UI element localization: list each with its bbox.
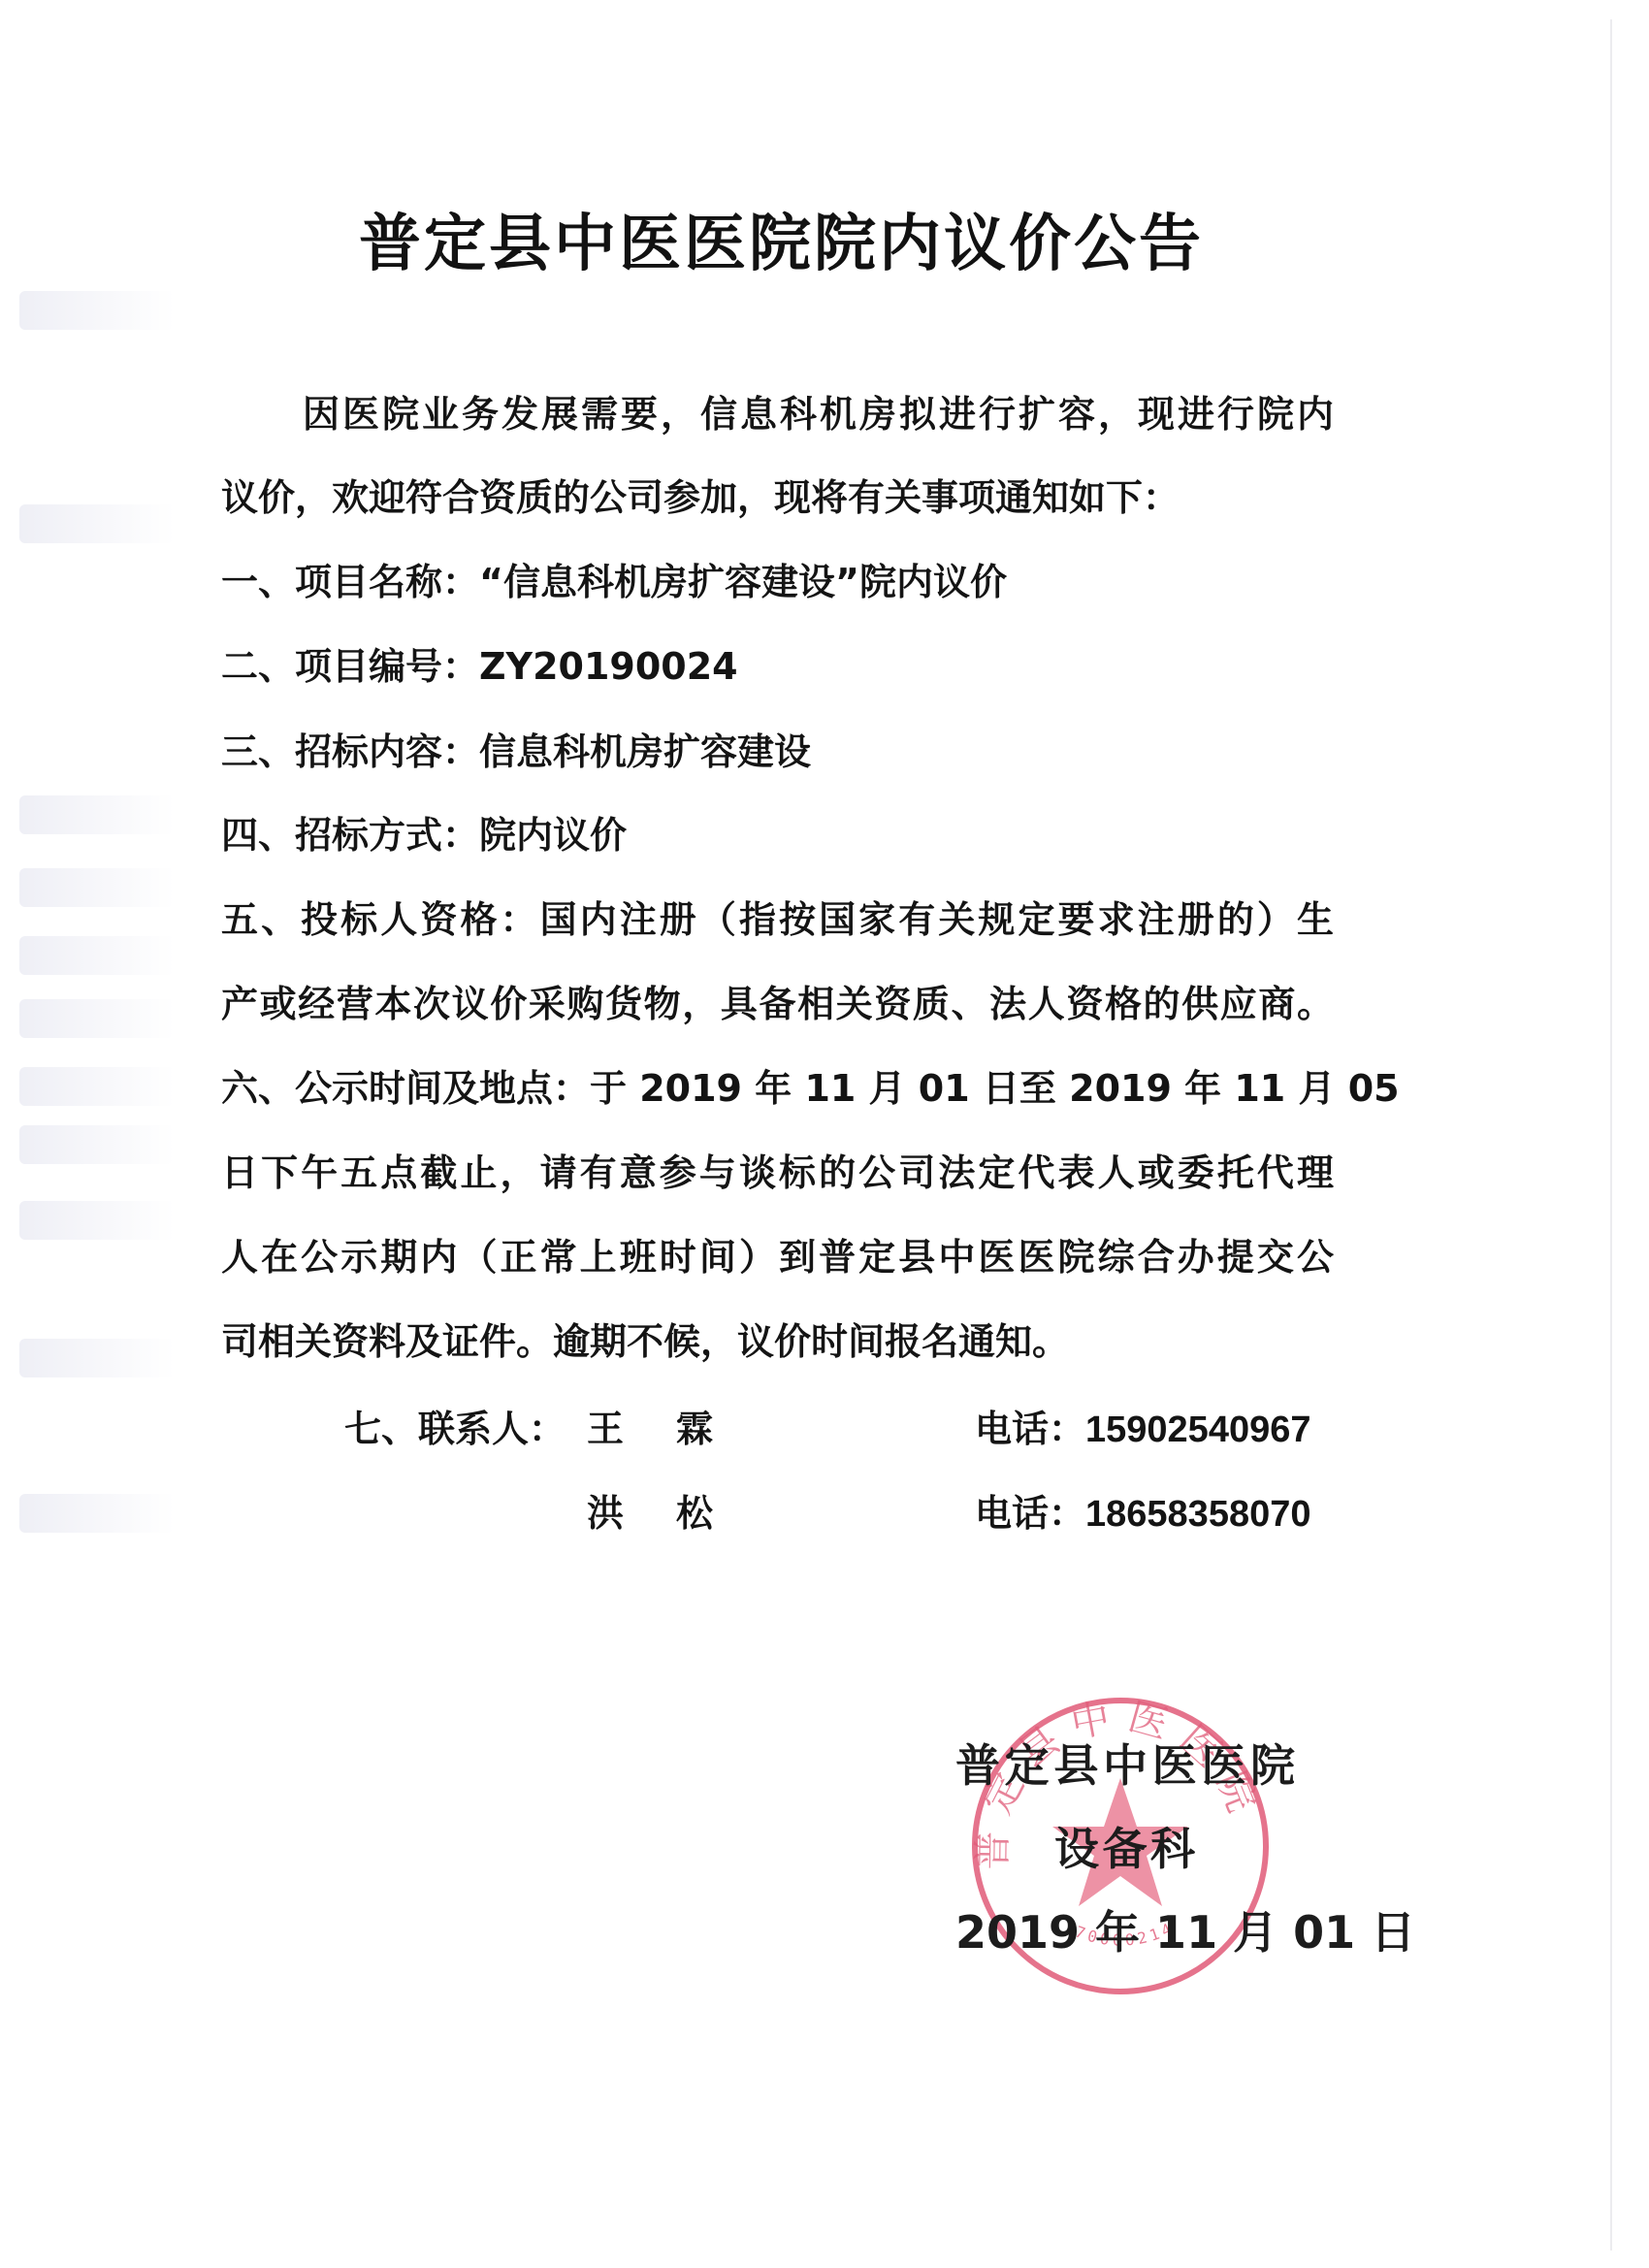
item-bidder-qualification-line-2: 产或经营本次议价采购货物，具备相关资质、法人资格的供应商。	[221, 979, 1334, 1029]
signature-department: 设备科	[1054, 1820, 1195, 1878]
item-publicity-line-4: 司相关资料及证件。逾期不候，议价时间报名通知。	[221, 1316, 1334, 1367]
scan-smudge	[19, 1339, 175, 1377]
item-project-name: 一、项目名称：“信息科机房扩容建设”院内议价	[221, 557, 1334, 607]
document-title: 普定县中医医院院内议价公告	[359, 206, 1203, 283]
scan-smudge	[19, 1201, 175, 1240]
item-tender-method: 四、招标方式：院内议价	[221, 810, 1334, 860]
item-publicity-line-1: 六、公示时间及地点：于 2019 年 11 月 01 日至 2019 年 11 …	[221, 1063, 1334, 1114]
phone-number: 15902540967	[1085, 1409, 1310, 1450]
document-page: 普定县中医医院院内议价公告 因医院业务发展需要，信息科机房拟进行扩容，现进行院内…	[0, 0, 1649, 2268]
scan-smudge	[19, 504, 175, 543]
scan-edge-line	[1610, 19, 1612, 2251]
scan-smudge	[19, 868, 175, 907]
contact-name-1: 王 霖	[587, 1404, 713, 1454]
phone-label: 电话：	[975, 1408, 1085, 1450]
phone-label: 电话：	[975, 1492, 1085, 1535]
signature-organization: 普定县中医医院	[955, 1736, 1295, 1795]
contact-phone-2: 电话：18658358070	[975, 1488, 1311, 1539]
intro-line-1: 因医院业务发展需要，信息科机房拟进行扩容，现进行院内	[303, 389, 1334, 439]
scan-smudge	[19, 936, 175, 975]
contact-name-2: 洪 松	[587, 1488, 713, 1539]
item-project-number: 二、项目编号：ZY20190024	[221, 641, 1334, 692]
scan-smudge	[19, 795, 175, 834]
scan-smudge	[19, 1067, 175, 1106]
scan-smudge	[19, 291, 175, 330]
item-publicity-line-2: 日下午五点截止，请有意参与谈标的公司法定代表人或委托代理	[221, 1148, 1334, 1198]
item-publicity-line-3: 人在公示期内（正常上班时间）到普定县中医医院综合办提交公	[221, 1232, 1334, 1282]
contacts-label: 七、联系人：	[344, 1404, 566, 1454]
scan-smudge	[19, 1494, 175, 1533]
item-bidder-qualification-line-1: 五、投标人资格：国内注册（指按国家有关规定要求注册的）生	[221, 894, 1334, 945]
intro-line-2: 议价，欢迎符合资质的公司参加，现将有关事项通知如下：	[221, 472, 1298, 523]
contact-phone-1: 电话：15902540967	[975, 1404, 1311, 1454]
phone-number: 18658358070	[1085, 1494, 1310, 1535]
scan-smudge	[19, 999, 175, 1038]
signature-date: 2019 年 11 月 01 日	[955, 1903, 1342, 1961]
item-tender-content: 三、招标内容：信息科机房扩容建设	[221, 727, 1334, 777]
scan-smudge	[19, 1125, 175, 1164]
